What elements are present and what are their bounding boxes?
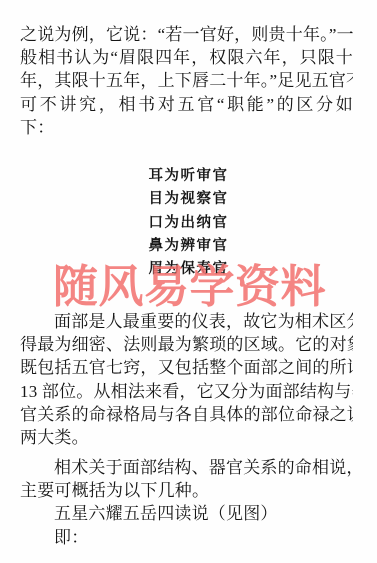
paragraph-intro: 之说为例，它说：“若一官好，则贵十年。”一 般相书认为“眉限四年，权限六年，只限… [20, 23, 353, 139]
text-line: 年，其限十五年，上下唇二十年。”足见五官不 [20, 69, 353, 92]
paragraph-face-description: 面部是人最重要的仪表，故它为相术区分 得最为细密、法则最为繁琐的区域。它的对象 … [20, 310, 353, 449]
text-line: 可不讲究，相书对五官“职能”的区分如 [20, 93, 353, 116]
text-line: 官关系的命禄格局与各自具体的部位命禄之说 [20, 403, 353, 426]
text-line: 主要可概括为以下几种。 [20, 479, 353, 502]
watermark: 随风易学资料 [53, 250, 326, 315]
text-line: 般相书认为“眉限四年，权限六年，只限十 [20, 46, 353, 69]
section-heading: 五星六耀五岳四读说（见图） [20, 502, 353, 525]
official-line: 耳为听审官 [0, 165, 377, 188]
paragraph-closing: 相术关于面部结构、器官关系的命相说， 主要可概括为以下几种。 五星六耀五岳四读说… [20, 456, 353, 549]
text-line: 既包括五官七窍，又包括整个面部之间的所谓 [20, 356, 353, 379]
text-line: 下： [20, 116, 353, 139]
text-line: 相术关于面部结构、器官关系的命相说， [20, 456, 353, 479]
text-line: 两大类。 [20, 426, 353, 449]
text-line: 之说为例，它说：“若一官好，则贵十年。”一 [20, 23, 353, 46]
text-line: 得最为细密、法则最为繁琐的区域。它的对象 [20, 333, 353, 356]
text-line: 即： [20, 526, 353, 549]
scanned-book-page: 之说为例，它说：“若一官好，则贵十年。”一 般相书认为“眉限四年，权限六年，只限… [0, 0, 377, 563]
official-line: 目为视察官 [0, 188, 377, 211]
text-line: 13 部位。从相法来看，它又分为面部结构与器 [20, 380, 353, 403]
official-line: 口为出纳官 [0, 212, 377, 235]
